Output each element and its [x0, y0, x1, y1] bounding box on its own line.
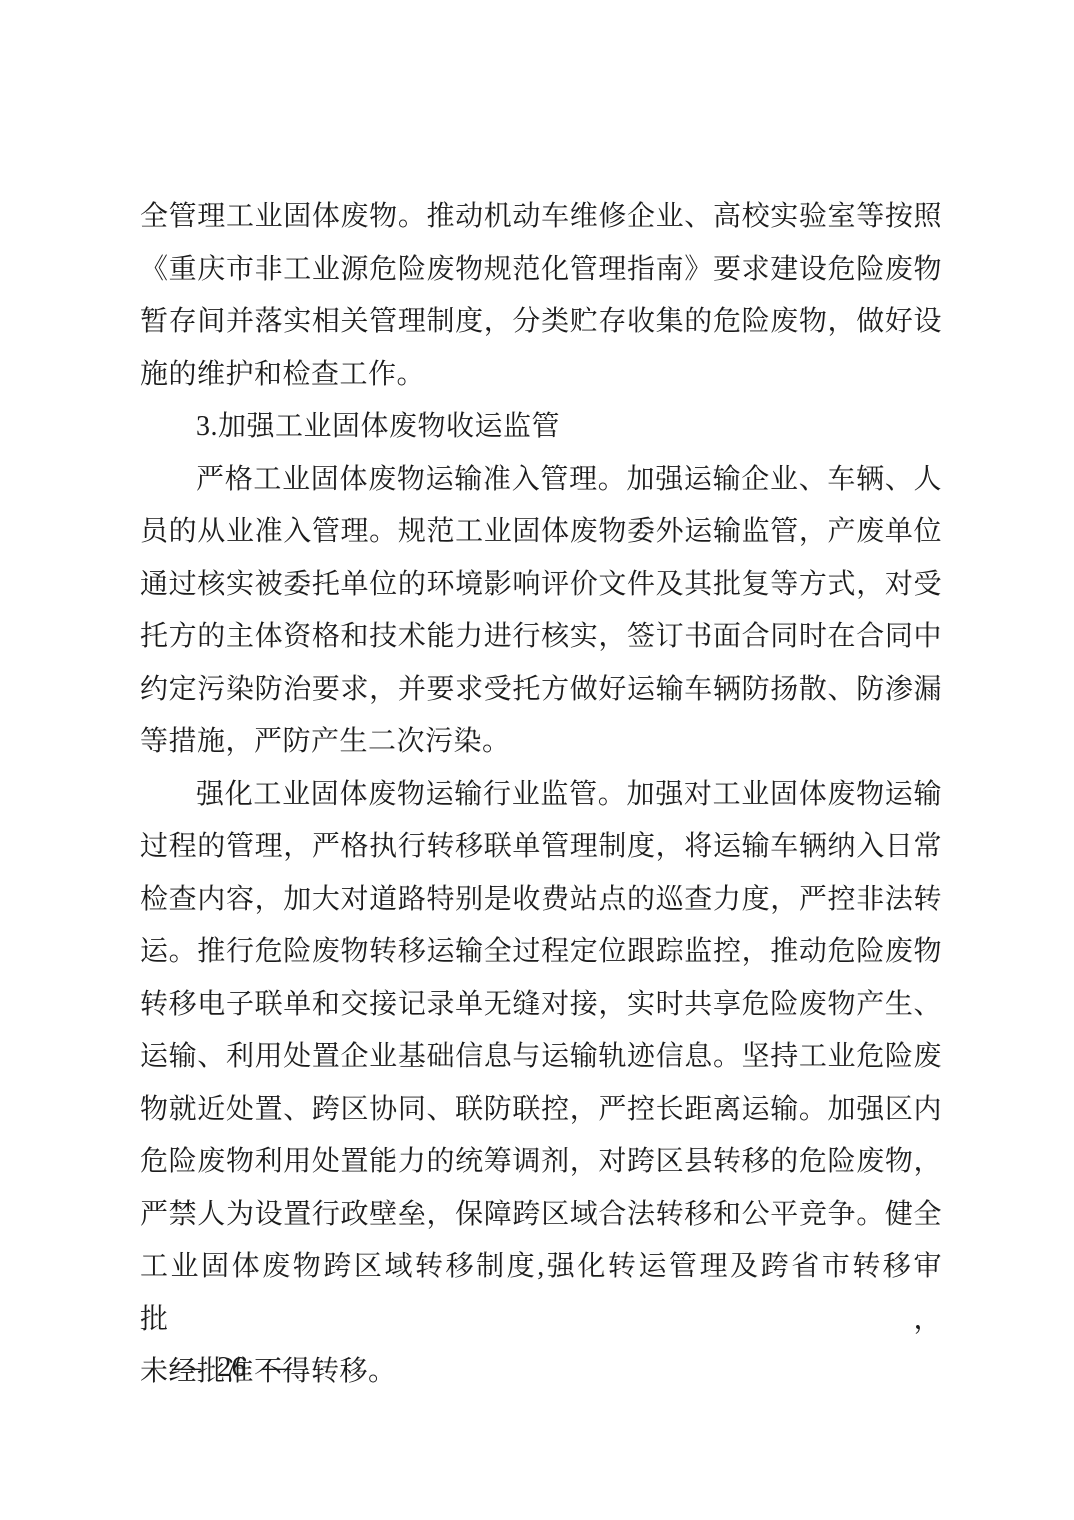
document-page: 全管理工业固体废物。推动机动车维修企业、高校实验室等按照《重庆市非工业源危险废物… [0, 0, 1074, 1520]
text-line: 约定污染防治要求，并要求受托方做好运输车辆防扬散、防渗漏 [140, 664, 942, 717]
footer-dash-left: — [172, 1351, 201, 1383]
heading: 3.加强工业固体废物收运监管 [140, 401, 942, 454]
text-line: 暂存间并落实相关管理制度，分类贮存收集的危险废物，做好设 [140, 296, 942, 349]
text-line: 施的维护和检查工作。 [140, 349, 942, 402]
text-line: 运输、利用处置企业基础信息与运输轨迹信息。坚持工业危险废 [140, 1031, 942, 1084]
text-line: 员的从业准入管理。规范工业固体废物委外运输监管，产废单位 [140, 506, 942, 559]
text-line: 通过核实被委托单位的环境影响评价文件及其批复等方式，对受 [140, 559, 942, 612]
text-line: 等措施，严防产生二次污染。 [140, 716, 942, 769]
text-line: 检查内容，加大对道路特别是收费站点的巡查力度，严控非法转 [140, 874, 942, 927]
text-line: 全管理工业固体废物。推动机动车维修企业、高校实验室等按照 [140, 191, 942, 244]
text-line: 3.加强工业固体废物收运监管 [140, 401, 942, 454]
page-footer: —26— [172, 1350, 291, 1384]
text-line: 《重庆市非工业源危险废物规范化管理指南》要求建设危险废物 [140, 244, 942, 297]
text-line: 强化工业固体废物运输行业监管。加强对工业固体废物运输 [140, 769, 942, 822]
text-line: 严格工业固体废物运输准入管理。加强运输企业、车辆、人 [140, 454, 942, 507]
page-number: 26 [217, 1351, 246, 1383]
paragraph: 强化工业固体废物运输行业监管。加强对工业固体废物运输过程的管理，严格执行转移联单… [140, 769, 942, 1399]
text-line: 工业固体废物跨区域转移制度,强化转运管理及跨省市转移审批， [140, 1241, 942, 1346]
text-line: 转移电子联单和交接记录单无缝对接，实时共享危险废物产生、 [140, 979, 942, 1032]
text-line: 严禁人为设置行政壁垒，保障跨区域合法转移和公平竞争。健全 [140, 1189, 942, 1242]
text-line: 运。推行危险废物转移运输全过程定位跟踪监控，推动危险废物 [140, 926, 942, 979]
text-line: 过程的管理，严格执行转移联单管理制度，将运输车辆纳入日常 [140, 821, 942, 874]
document-body: 全管理工业固体废物。推动机动车维修企业、高校实验室等按照《重庆市非工业源危险废物… [140, 191, 942, 1399]
paragraph-continued: 全管理工业固体废物。推动机动车维修企业、高校实验室等按照《重庆市非工业源危险废物… [140, 191, 942, 401]
footer-dash-right: — [262, 1351, 291, 1383]
text-line: 托方的主体资格和技术能力进行核实，签订书面合同时在合同中 [140, 611, 942, 664]
paragraph: 严格工业固体废物运输准入管理。加强运输企业、车辆、人员的从业准入管理。规范工业固… [140, 454, 942, 769]
text-line: 危险废物利用处置能力的统筹调剂，对跨区县转移的危险废物， [140, 1136, 942, 1189]
text-line: 物就近处置、跨区协同、联防联控，严控长距离运输。加强区内 [140, 1084, 942, 1137]
